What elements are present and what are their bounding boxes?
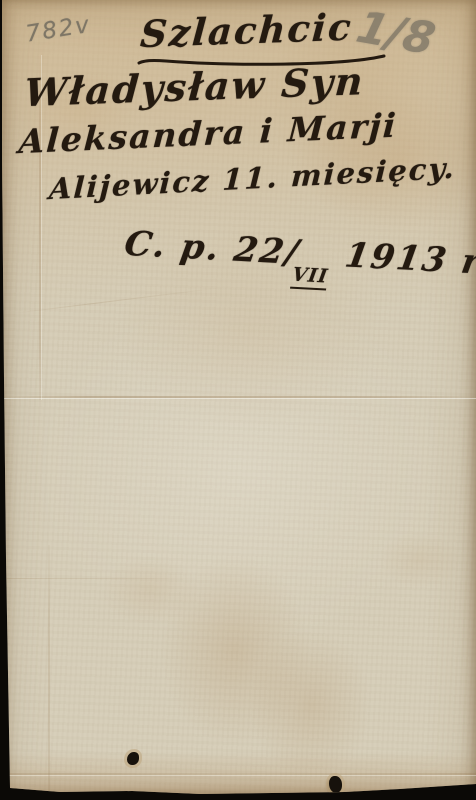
date-prefix: C. p. 22/ [122, 224, 303, 273]
date-month-roman: VII [290, 264, 329, 291]
scanned-document: 782v 1/8 Szlachcic Władysław Syn Aleksan… [0, 0, 476, 800]
fold-crease-diagonal [11, 287, 225, 314]
date-year: 1913 r. [342, 236, 476, 283]
worm-hole-left [127, 752, 139, 765]
fold-crease-horizontal-bottom [0, 773, 476, 775]
fold-crease-horizontal-faint [0, 578, 210, 579]
fold-crease-horizontal-middle [0, 396, 476, 398]
archival-folio-number: 782v [24, 12, 93, 48]
worm-hole-right [329, 776, 342, 793]
handwritten-surname-age: Alijewicz 11. miesięcy. [48, 151, 457, 206]
fold-crease-vertical-bottom [48, 545, 50, 795]
handwritten-parents: Aleksandra i Marji [18, 105, 399, 161]
handwritten-date-line: C. p. 22/VII1913 r. [122, 224, 476, 283]
paper-sheet: 782v 1/8 Szlachcic Władysław Syn Aleksan… [0, 0, 476, 800]
handwritten-given-name: Władysław Syn [23, 58, 366, 115]
handwritten-title: Szlachcic [139, 5, 354, 57]
